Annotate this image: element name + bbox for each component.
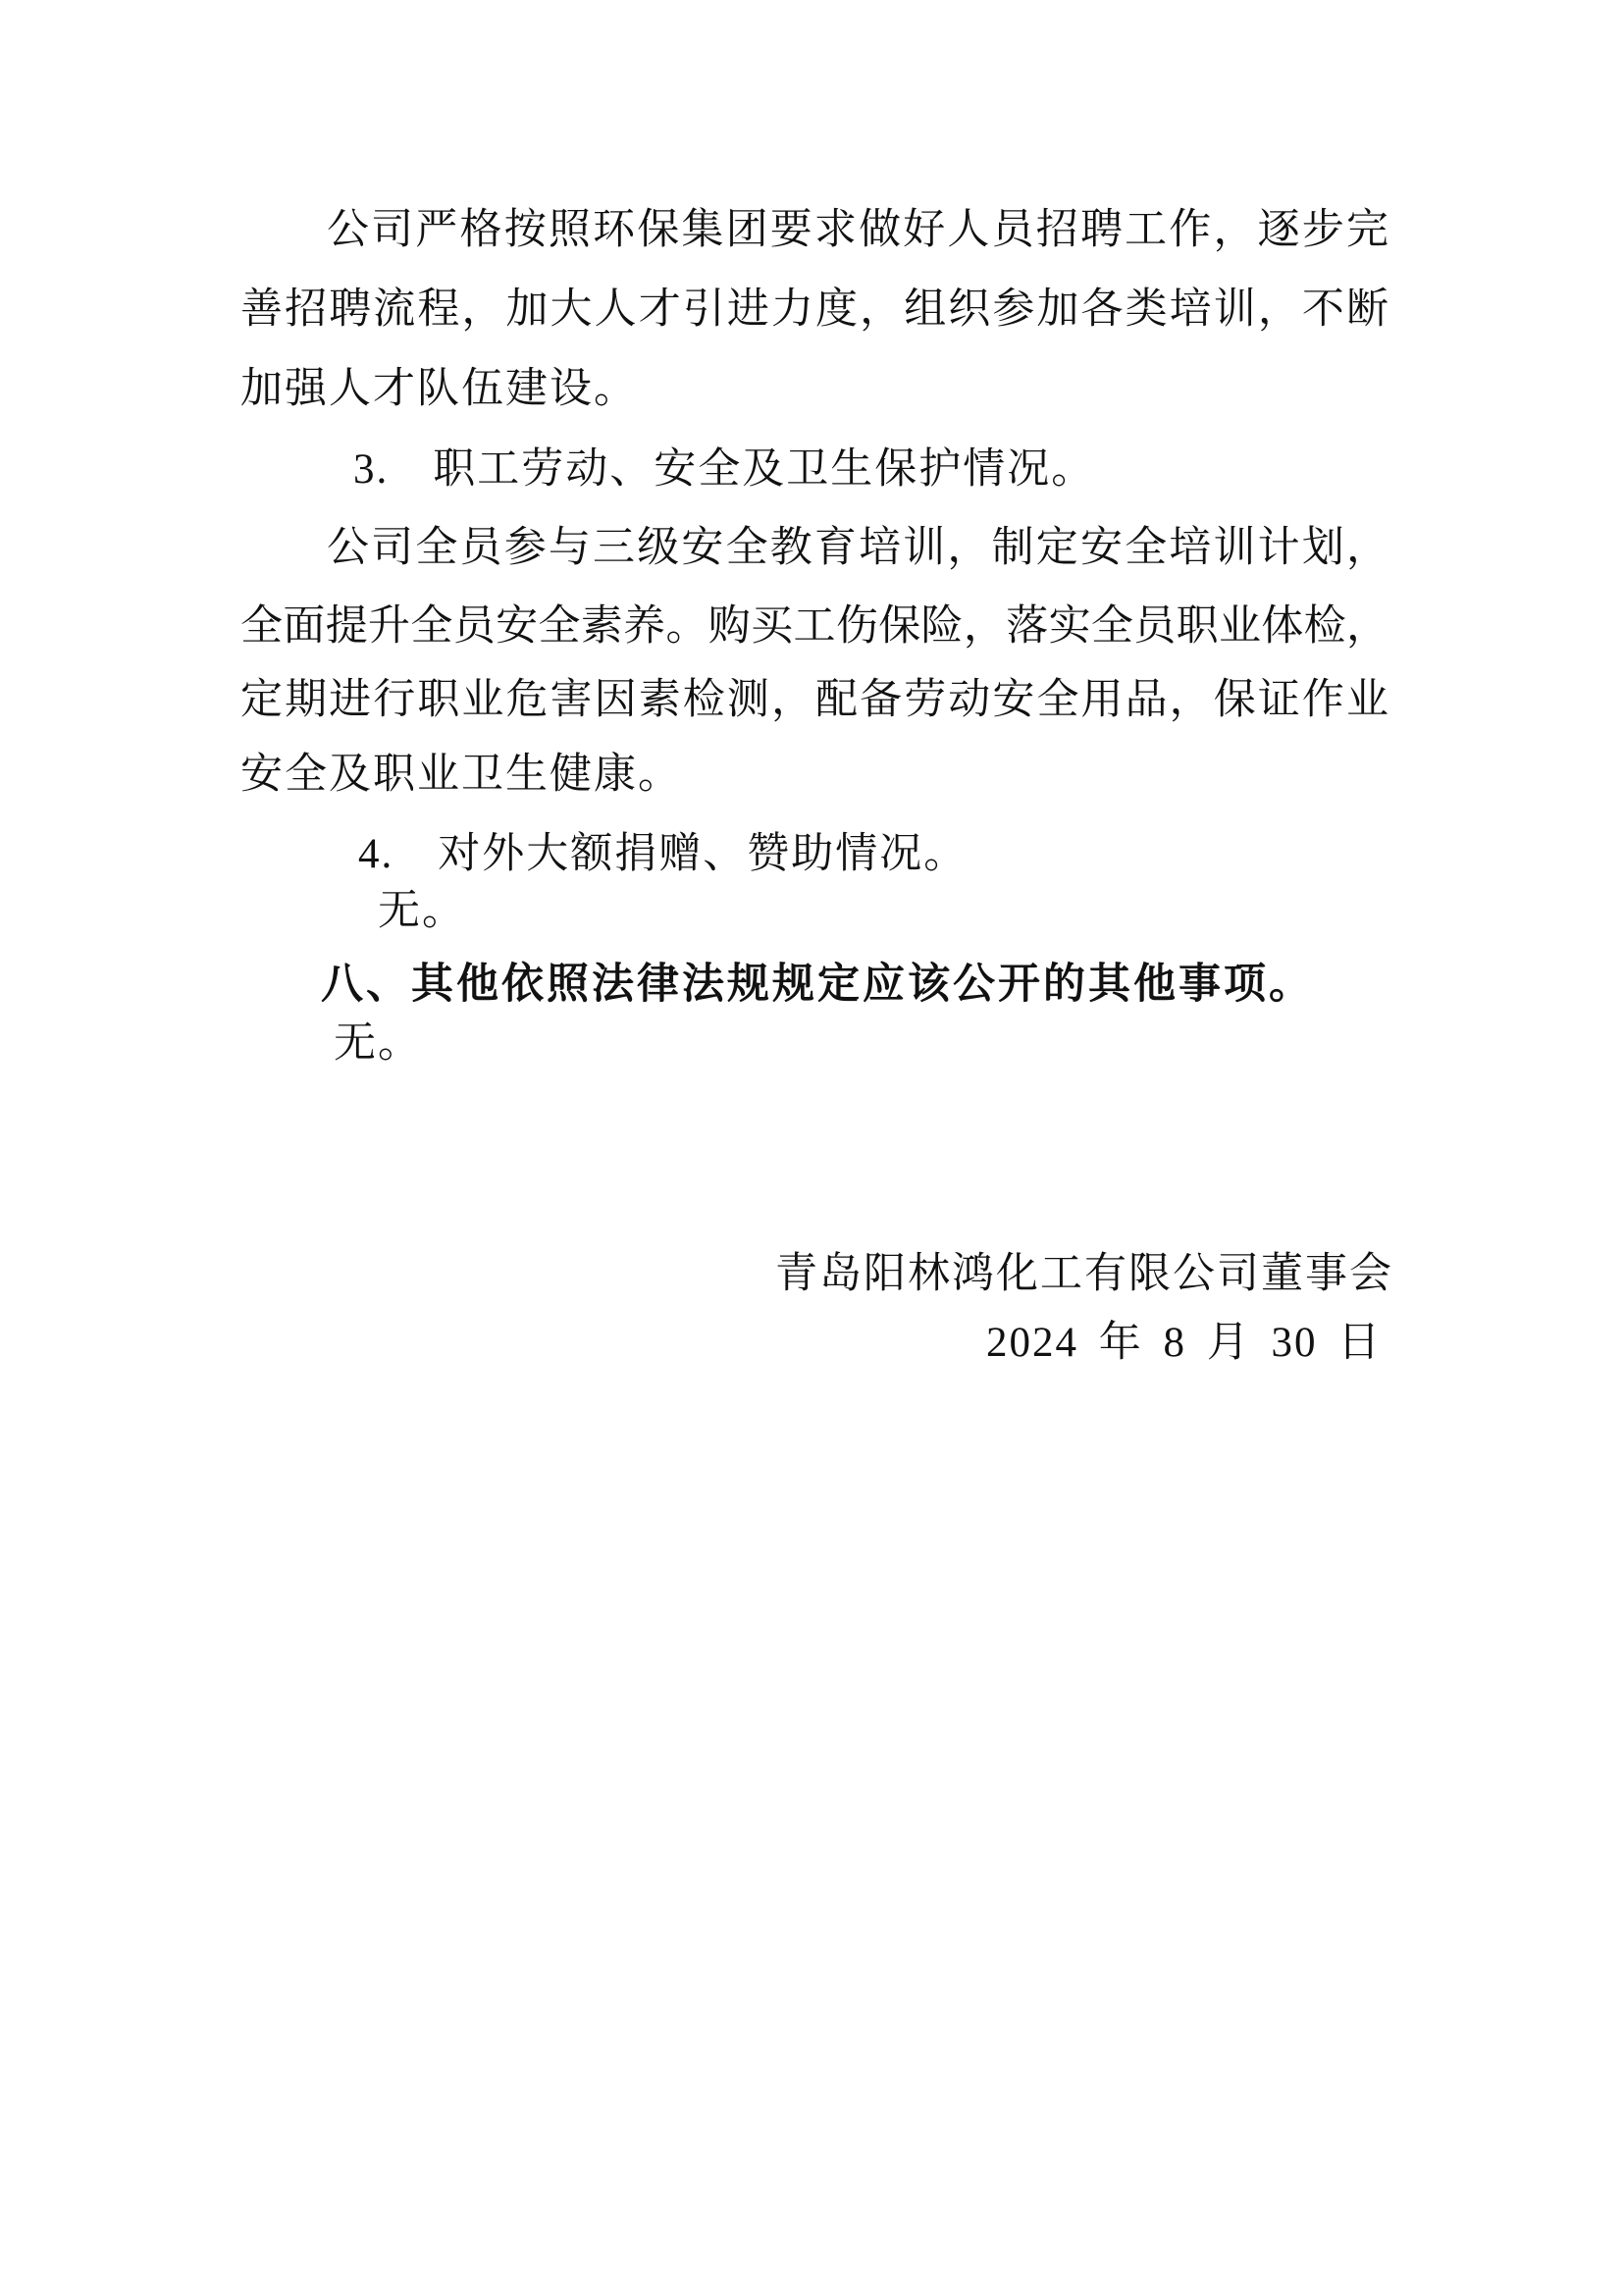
paragraph-recruitment-line-1: 公司严格按照环保集团要求做好人员招聘工作，逐步完 [327,208,1388,253]
paragraph-recruitment-line-2: 善招聘流程，加大人才引进力度，组织参加各类培训，不断 [240,287,1388,333]
paragraph-safety-line-1: 公司全员参与三级安全教育培训，制定安全培训计划， [327,526,1388,571]
paragraph-recruitment-line-3: 加强人才队伍建设。 [240,367,638,412]
paragraph-safety-line-4: 安全及职业卫生健康。 [240,753,682,798]
signature-date: 2024 年 8 月 30 日 [986,1321,1382,1366]
document-page: 公司严格按照环保集团要求做好人员招聘工作，逐步完 善招聘流程，加大人才引进力度，… [0,0,1624,2295]
item-4-answer: 无。 [378,889,466,934]
paragraph-safety-line-2: 全面提升全员安全素养。购买工伤保险，落实全员职业体检， [240,604,1388,650]
section-8-answer: 无。 [334,1021,422,1067]
signature-company: 青岛阳林鸿化工有限公司董事会 [775,1252,1393,1297]
paragraph-safety-line-3: 定期进行职业危害因素检测，配备劳动安全用品，保证作业 [240,678,1388,723]
section-8-heading: 八、其他依照法律法规规定应该公开的其他事项。 [321,963,1314,1008]
item-4-heading: 4. 对外大额捐赠、赞助情况。 [358,832,968,877]
item-3-heading: 3. 职工劳动、安全及卫生保护情况。 [353,447,1095,493]
